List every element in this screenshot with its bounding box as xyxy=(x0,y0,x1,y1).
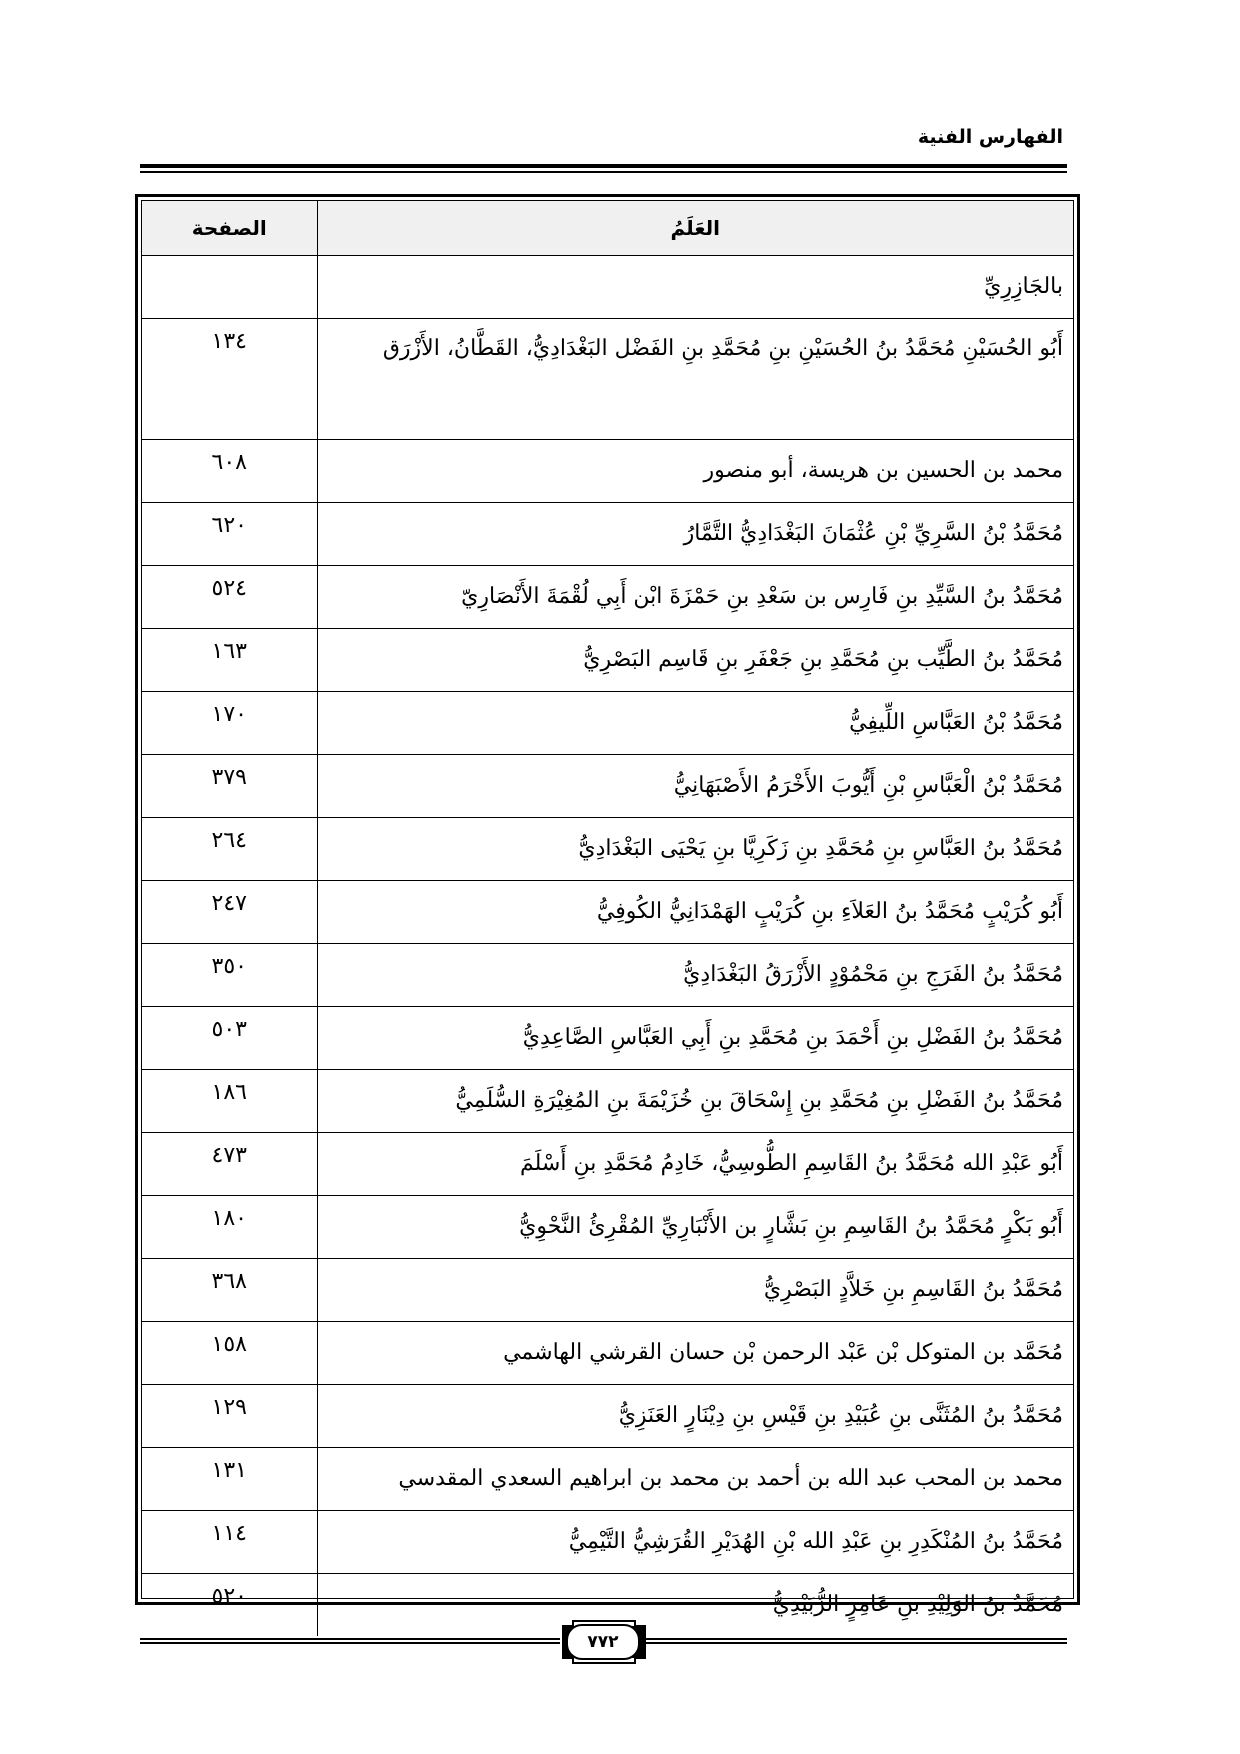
table-row: مُحَمَّدُ بْنُ الْعَبَّاسِ بْنِ أَيُّوبَ… xyxy=(142,755,1073,818)
page-cell: ٦٠٨ xyxy=(142,440,317,503)
table-row: محمد بن الحسين بن هريسة، أبو منصور٦٠٨ xyxy=(142,440,1073,503)
table-row: مُحَمَّد بن المتوكل بْن عَبْد الرحمن بْن… xyxy=(142,1322,1073,1385)
table-row: محمد بن المحب عبد الله بن أحمد بن محمد ب… xyxy=(142,1448,1073,1511)
name-cell: مُحَمَّدُ بنُ العَبَّاسِ بنِ مُحَمَّدِ ب… xyxy=(317,818,1073,881)
page-cell: ١٨٦ xyxy=(142,1070,317,1133)
name-cell: أَبُو كُرَيْبٍ مُحَمَّدُ بنُ العَلاَءِ ب… xyxy=(317,881,1073,944)
table-row: أَبُو عَبْدِ الله مُحَمَّدُ بنُ القَاسِم… xyxy=(142,1133,1073,1196)
page-cell xyxy=(142,256,317,319)
column-header-page: الصفحة xyxy=(142,201,317,256)
page-number-ornament: ٧٧٢ xyxy=(558,1620,650,1664)
name-cell: مُحَمَّدُ بنُ السَّيِّدِ بنِ فَارِس بن س… xyxy=(317,566,1073,629)
name-cell: مُحَمَّدُ بنُ المُثَنَّى بنِ عُبَيْدِ بن… xyxy=(317,1385,1073,1448)
index-table: العَلَمُ الصفحة بالجَازِرِيِّ أَبُو الحُ… xyxy=(142,201,1073,1636)
page-cell: ٦٢٠ xyxy=(142,503,317,566)
page-cell: ١٨٠ xyxy=(142,1196,317,1259)
footer-rule-left xyxy=(140,1638,560,1645)
name-cell: مُحَمَّدُ بنُ الفَضْلِ بنِ مُحَمَّدِ بنِ… xyxy=(317,1070,1073,1133)
table-row: مُحَمَّدُ بنُ المُثَنَّى بنِ عُبَيْدِ بن… xyxy=(142,1385,1073,1448)
running-title: الفهارس الفنية xyxy=(918,126,1063,148)
page-cell: ١٢٩ xyxy=(142,1385,317,1448)
table-row: مُحَمَّدُ بنُ الفَضْلِ بنِ أَحْمَدَ بنِ … xyxy=(142,1007,1073,1070)
page-cell: ٤٧٣ xyxy=(142,1133,317,1196)
table-header-row: العَلَمُ الصفحة xyxy=(142,201,1073,256)
page-cell: ١٣١ xyxy=(142,1448,317,1511)
table-row: مُحَمَّدُ بْنُ العَبَّاسِ اللِّيفِيُّ١٧٠ xyxy=(142,692,1073,755)
name-cell: مُحَمَّدُ بنُ المُنْكَدِرِ بنِ عَبْدِ ال… xyxy=(317,1511,1073,1574)
name-cell: مُحَمَّدُ بنُ القَاسِمِ بنِ خَلاَّدٍ الب… xyxy=(317,1259,1073,1322)
table-row: مُحَمَّدُ بنُ الطَّيِّب بنِ مُحَمَّدِ بن… xyxy=(142,629,1073,692)
name-cell: أَبُو الحُسَيْنِ مُحَمَّدُ بنُ الحُسَيْن… xyxy=(317,319,1073,440)
page-cell: ١٣٤ xyxy=(142,319,317,440)
name-cell: مُحَمَّدُ بْنُ الْعَبَّاسِ بْنِ أَيُّوبَ… xyxy=(317,755,1073,818)
name-cell: محمد بن الحسين بن هريسة، أبو منصور xyxy=(317,440,1073,503)
table-row: مُحَمَّدُ بنُ المُنْكَدِرِ بنِ عَبْدِ ال… xyxy=(142,1511,1073,1574)
table-row: مُحَمَّدُ بنُ الفَضْلِ بنِ مُحَمَّدِ بنِ… xyxy=(142,1070,1073,1133)
table-body: بالجَازِرِيِّ أَبُو الحُسَيْنِ مُحَمَّدُ… xyxy=(142,256,1073,1637)
name-cell: أَبُو بَكْرٍ مُحَمَّدُ بنُ القَاسِمِ بنِ… xyxy=(317,1196,1073,1259)
name-cell: مُحَمَّدُ بنُ الفَرَجِ بنِ مَحْمُوْدٍ ال… xyxy=(317,944,1073,1007)
header-rule xyxy=(140,164,1067,174)
table-row: مُحَمَّدُ بنُ السَّيِّدِ بنِ فَارِس بن س… xyxy=(142,566,1073,629)
page-cell: ٣٦٨ xyxy=(142,1259,317,1322)
name-cell: مُحَمَّدُ بنُ الفَضْلِ بنِ أَحْمَدَ بنِ … xyxy=(317,1007,1073,1070)
table-row: مُحَمَّدُ بنُ القَاسِمِ بنِ خَلاَّدٍ الب… xyxy=(142,1259,1073,1322)
column-header-name: العَلَمُ xyxy=(317,201,1073,256)
table-row: أَبُو الحُسَيْنِ مُحَمَّدُ بنُ الحُسَيْن… xyxy=(142,319,1073,440)
name-cell: محمد بن المحب عبد الله بن أحمد بن محمد ب… xyxy=(317,1448,1073,1511)
table-row: أَبُو بَكْرٍ مُحَمَّدُ بنُ القَاسِمِ بنِ… xyxy=(142,1196,1073,1259)
page-cell: ٣٧٩ xyxy=(142,755,317,818)
name-cell: أَبُو عَبْدِ الله مُحَمَّدُ بنُ القَاسِم… xyxy=(317,1133,1073,1196)
page-cell: ٣٥٠ xyxy=(142,944,317,1007)
header-rule-thick xyxy=(140,164,1067,168)
table-row: أَبُو كُرَيْبٍ مُحَمَّدُ بنُ العَلاَءِ ب… xyxy=(142,881,1073,944)
page-cell: ١٧٠ xyxy=(142,692,317,755)
name-cell: مُحَمَّدُ بْنُ العَبَّاسِ اللِّيفِيُّ xyxy=(317,692,1073,755)
name-cell: مُحَمَّدُ بْنُ السَّرِيِّ بْنِ عُثْمَانَ… xyxy=(317,503,1073,566)
name-cell: بالجَازِرِيِّ xyxy=(317,256,1073,319)
page-cell: ١٦٣ xyxy=(142,629,317,692)
index-table-frame: العَلَمُ الصفحة بالجَازِرِيِّ أَبُو الحُ… xyxy=(135,194,1080,1605)
table-row: مُحَمَّدُ بْنُ السَّرِيِّ بْنِ عُثْمَانَ… xyxy=(142,503,1073,566)
name-cell: مُحَمَّد بن المتوكل بْن عَبْد الرحمن بْن… xyxy=(317,1322,1073,1385)
footer-rule-right xyxy=(630,1638,1067,1645)
table-row: مُحَمَّدُ بنُ الفَرَجِ بنِ مَحْمُوْدٍ ال… xyxy=(142,944,1073,1007)
page-cell: ٥٠٣ xyxy=(142,1007,317,1070)
index-table-inner: العَلَمُ الصفحة بالجَازِرِيِّ أَبُو الحُ… xyxy=(141,200,1074,1599)
name-cell: مُحَمَّدُ بنُ الطَّيِّب بنِ مُحَمَّدِ بن… xyxy=(317,629,1073,692)
table-row: بالجَازِرِيِّ xyxy=(142,256,1073,319)
page-cell: ٢٤٧ xyxy=(142,881,317,944)
table-row: مُحَمَّدُ بنُ العَبَّاسِ بنِ مُحَمَّدِ ب… xyxy=(142,818,1073,881)
page-cell: ٢٦٤ xyxy=(142,818,317,881)
page-cell: ١٥٨ xyxy=(142,1322,317,1385)
page-cell: ١١٤ xyxy=(142,1511,317,1574)
page-footer: ٧٧٢ xyxy=(140,1620,1067,1664)
header-rule-thin xyxy=(140,171,1067,173)
page-number: ٧٧٢ xyxy=(566,1624,640,1660)
page-cell: ٥٢٤ xyxy=(142,566,317,629)
